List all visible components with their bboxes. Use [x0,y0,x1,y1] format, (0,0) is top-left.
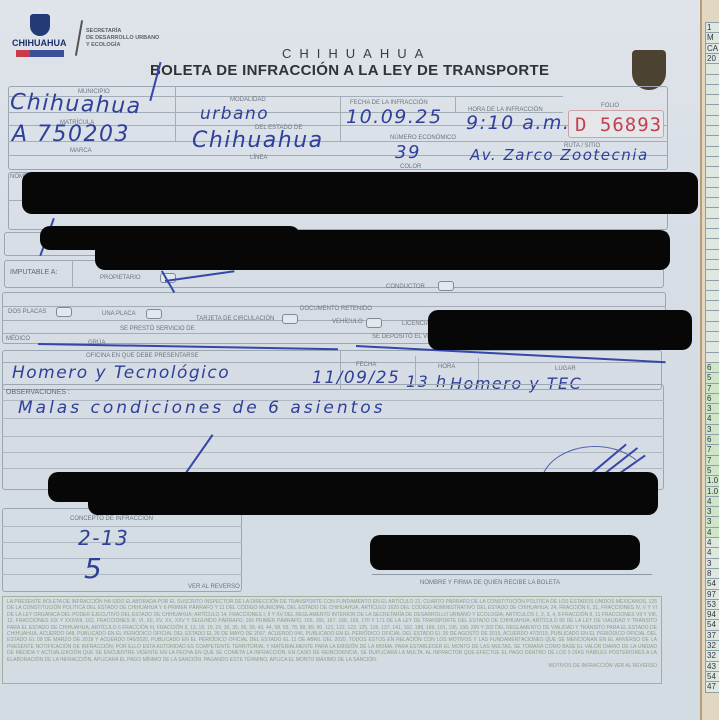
logo-text: CHIHUAHUA [12,38,67,48]
logo-badge [16,50,64,57]
tarjeta-label: TARJETA DE CIRCULACIÓN [196,316,274,322]
chihuahua-logo: CHIHUAHUA [12,14,68,58]
hw-observaciones: Malas condiciones de 6 asientos [18,398,386,418]
agency-name: SECRETARÍA DE DESARROLLO URBANO Y ECOLOG… [86,28,159,49]
observaciones-label: OBSERVACIONES : [6,389,70,396]
redaction [88,485,658,515]
hw-numero-economico: 39 [395,142,421,163]
hw-concepto: 2-13 [78,526,129,550]
conductor-checkbox[interactable] [438,281,454,291]
hw-fecha: 10.09.25 [346,106,443,128]
propietario-label: PROPIETARIO [100,275,141,281]
firma-recibe-label: NOMBRE Y FIRMA DE QUIEN RECIBE LA BOLETA [420,580,560,586]
linea-label: LÍNEA [250,155,267,161]
legal-footer: MOTIVOS DE INFRACCIÓN VER AL REVERSO [7,663,657,669]
agency-line: Y ECOLOGÍA [86,42,159,49]
hw-concepto-extra: 5 [84,552,103,585]
redaction [95,230,670,270]
documento-retenido-label: DOCUMENTO RETENIDO [300,306,372,312]
tarjeta-checkbox[interactable] [282,314,298,324]
spreadsheet-cell: 47 [705,681,719,693]
page-title: BOLETA DE INFRACCIÓN A LA LEY DE TRANSPO… [150,62,549,79]
redaction [370,535,640,570]
numero-economico-label: NÚMERO ECONÓMICO [390,135,456,141]
imputable-label: IMPUTABLE A: [10,269,57,276]
conductor-label: CONDUCTOR [386,284,425,290]
modalidad-label: MODALIDAD [230,97,266,103]
hora-label: HORA [438,364,455,370]
header-divider [75,20,83,56]
pen-stroke [38,343,338,350]
background-spreadsheet: 1MCA20657634367751.01.043344438549753945… [700,0,719,720]
hw-ruta: Av. Zarco Zootecnia [470,146,649,164]
police-badge-icon [632,50,666,90]
dos-placas-label: DOS PLACAS [8,309,46,315]
hw-municipio: Chihuahua [10,90,142,120]
concepto-label: CONCEPTO DE INFRACCIÓN [70,516,153,522]
legal-text: LA PRESENTE BOLETA DE INFRACCIÓN HA SIDO… [2,596,662,684]
ver-reverso-label: VER AL REVERSO [188,584,240,590]
folio-number: D 56893 [575,114,662,136]
color-label: COLOR [400,164,421,170]
hw-modalidad: urbano [200,104,269,124]
vehiculo-label: VEHÍCULO [332,319,363,325]
vehiculo-checkbox[interactable] [366,318,382,328]
una-placa-label: UNA PLACA [102,311,136,317]
agency-line: DE DESARROLLO URBANO [86,35,159,42]
dos-placas-checkbox[interactable] [56,307,72,317]
folio-box: FOLIO D 56893 [568,110,664,138]
oficina-label: OFICINA EN QUE DEBE PRESENTARSE [86,353,199,359]
lugar-label: LUGAR [555,366,576,372]
agency-line: SECRETARÍA [86,28,159,35]
se-presto-label: SE PRESTÓ SERVICIO DE [120,326,195,332]
medico-label: MÉDICO [6,336,30,342]
redaction [22,172,698,214]
legal-body: LA PRESENTE BOLETA DE INFRACCIÓN HA SIDO… [7,599,657,663]
hw-matricula: A 750203 [12,122,130,147]
infraction-ticket: CHIHUAHUA SECRETARÍA DE DESARROLLO URBAN… [0,0,700,720]
state-shield-icon [30,14,50,36]
folio-label: FOLIO [601,103,619,109]
hw-oficina: Homero y Tecnológico [12,363,230,383]
redaction [428,310,692,350]
marca-label: MARCA [70,148,92,154]
licencia-label: LICENCIA [402,321,430,327]
hw-estado: Chihuahua [192,128,324,153]
state-title: CHIHUAHUA [282,46,431,61]
una-placa-checkbox[interactable] [146,309,162,319]
hw-hora: 9:10 a.m. [466,112,570,134]
